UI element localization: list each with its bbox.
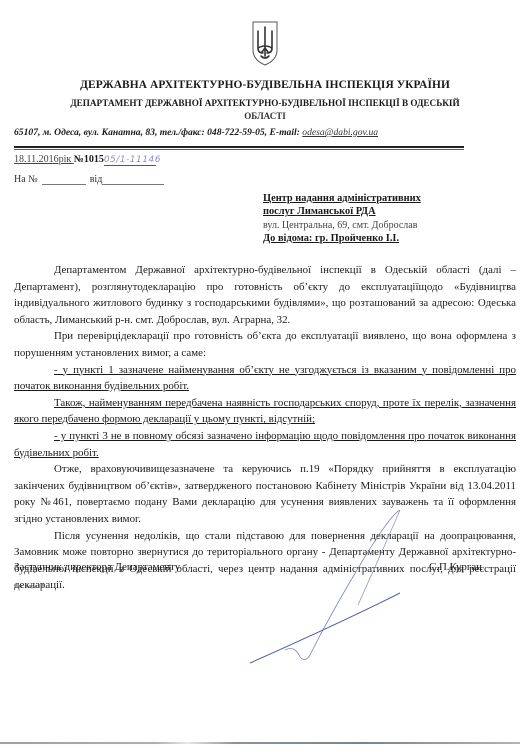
signatory-name: С.П.Курган xyxy=(429,561,482,573)
scan-edge-line xyxy=(0,742,520,744)
body-paragraph-remark: - у пункті 3 не в повному обсязі зазначе… xyxy=(14,428,516,461)
signatory-position: Заступник директора Департаменту xyxy=(14,561,180,573)
letter-date: 18.11.2016рік xyxy=(14,154,74,165)
reply-number-blank xyxy=(42,174,86,185)
in-reply-label: На № xyxy=(14,174,38,185)
recipient-cc: До відома: гр. Пройченко І.І. xyxy=(263,232,421,245)
letter-number: №1015 xyxy=(74,154,104,165)
recipient-name-line1: Центр надання адміністративних xyxy=(263,192,421,205)
handwritten-signature-icon xyxy=(240,505,420,670)
contact-address: 65107, м. Одеса, вул. Канатна, 83, тел./… xyxy=(14,127,378,138)
reply-date-blank xyxy=(102,174,164,185)
recipient-address: вул. Центральна, 69, смт. Доброслав xyxy=(263,219,421,232)
department-title-cont: ОБЛАСТІ xyxy=(0,111,530,121)
trident-emblem-icon xyxy=(244,18,286,68)
recipient-name-line2: послуг Лиманської РДА xyxy=(263,205,421,218)
incoming-reference: На №від xyxy=(14,174,164,185)
body-paragraph: При перевірцідекларації про готовність о… xyxy=(14,328,516,361)
department-title: ДЕПАРТАМЕНТ ДЕРЖАВНОЇ АРХІТЕКТУРНО-БУДІВ… xyxy=(0,98,530,108)
handwritten-registration-number: 05/1-11146 xyxy=(104,155,156,166)
organization-title: ДЕРЖАВНА АРХІТЕКТУРНО-БУДІВЕЛЬНА ІНСПЕКЦ… xyxy=(0,79,530,91)
outgoing-reference: 18.11.2016рік №101505/1-11146 xyxy=(14,154,156,166)
email-link[interactable]: odesa@dabi.gov.ua xyxy=(302,127,378,138)
body-paragraph-remark: Також, найменуванням передбачена наявніс… xyxy=(14,395,516,428)
recipient-block: Центр надання адміністративних послуг Ли… xyxy=(263,192,421,246)
from-label: від xyxy=(90,174,103,185)
body-paragraph: Департаментом Державної архітектурно-буд… xyxy=(14,262,516,328)
body-paragraph-remark: - у пункті 1 зазначене найменування об’є… xyxy=(14,362,516,395)
executor-note: Вик. Кара І.В. xyxy=(14,584,46,590)
header-rule-thin xyxy=(14,149,464,150)
header-rule xyxy=(14,146,464,148)
